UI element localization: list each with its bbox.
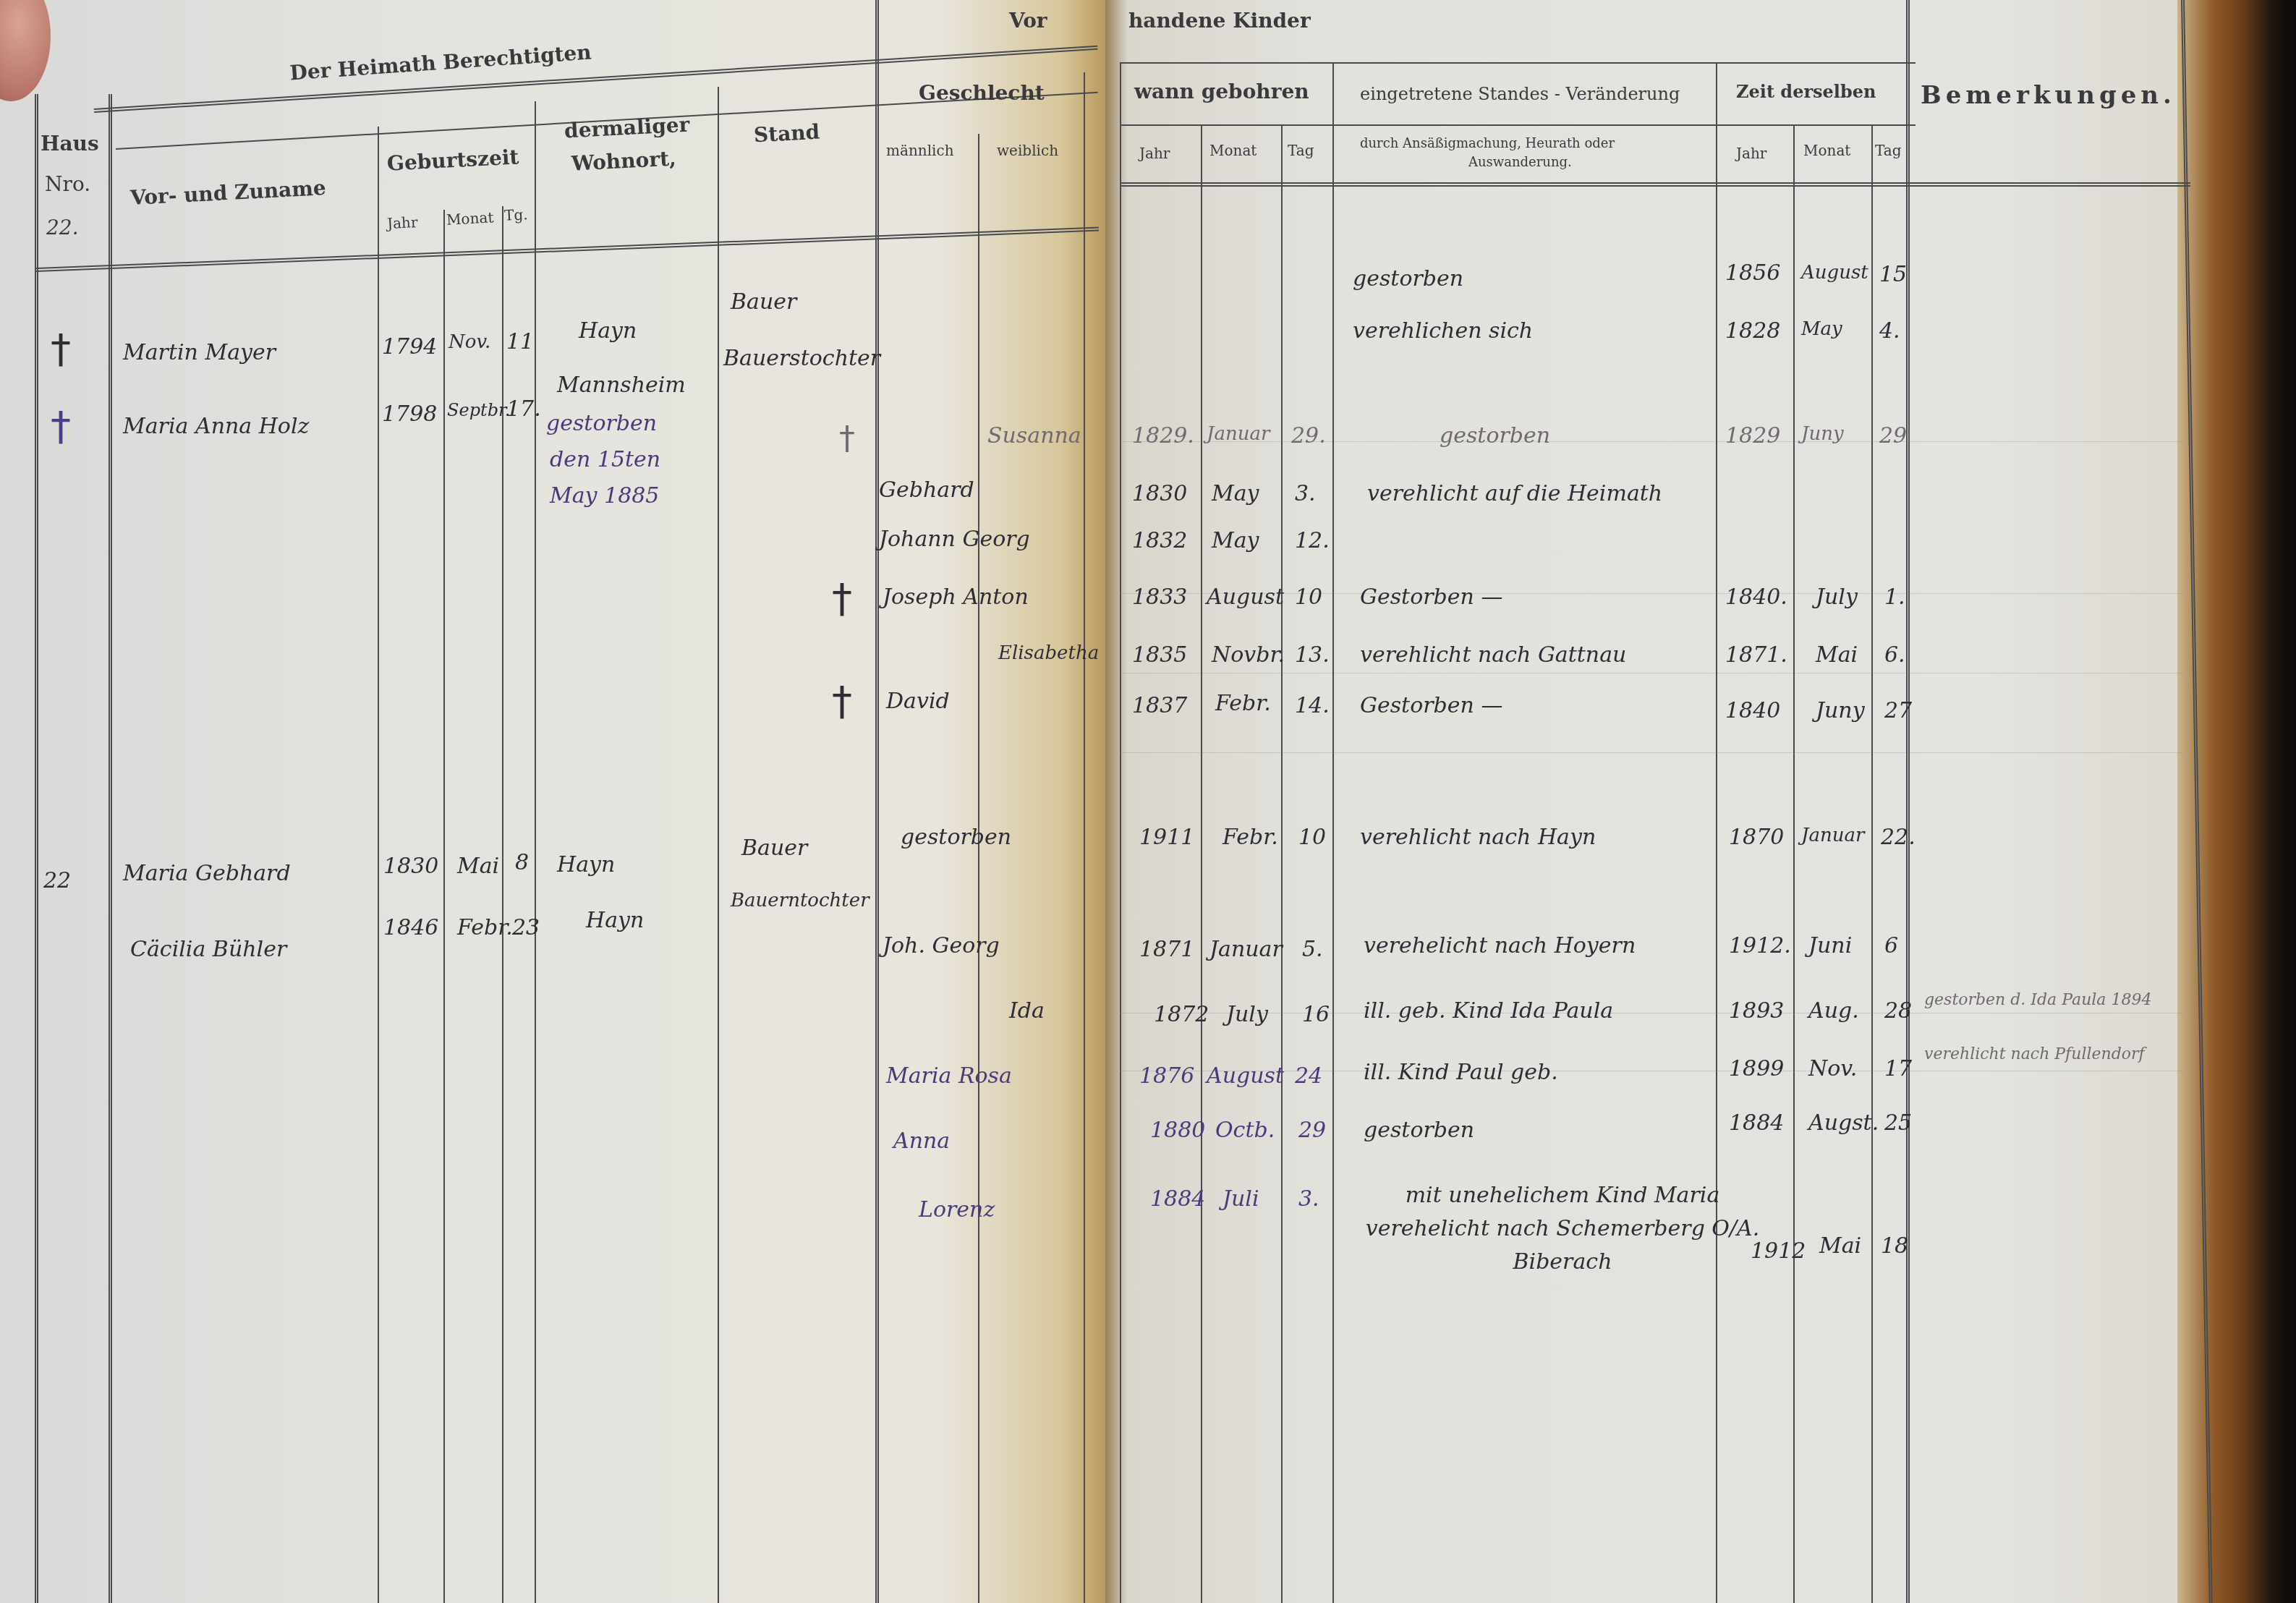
- child-birth-day: 29.: [1291, 423, 1326, 448]
- child-birth-year: 1833: [1132, 584, 1187, 610]
- col-haus-divider: [109, 94, 112, 1603]
- parent-birth-year: 1798: [382, 401, 437, 427]
- subheader-divider-right: [1120, 124, 1916, 126]
- child-birth-month: Febr.: [1223, 825, 1278, 850]
- child-birth-month: Juli: [1223, 1186, 1259, 1212]
- parent-name: Maria Anna Holz: [123, 414, 309, 439]
- parent-birth-year: 1794: [382, 334, 437, 360]
- child-birth-day: 3.: [1298, 1186, 1319, 1212]
- parent-birth-day: 23: [512, 915, 540, 940]
- geburtszeit-monat: Monat: [446, 208, 494, 228]
- parent-status-text: verehlichen sich: [1353, 318, 1533, 344]
- col-tag-divider: [535, 101, 536, 1603]
- child-status-month: Januar: [1801, 825, 1864, 846]
- parent-birth-month: Mai: [457, 854, 499, 879]
- child-birth-day: 29: [1298, 1118, 1326, 1143]
- zeit-monat-label: Monat: [1803, 142, 1850, 159]
- spanning-title-part1: Vor: [1009, 9, 1047, 33]
- child-name-maennlich: gestorben: [901, 825, 1011, 850]
- parent-birth-day: 17.: [506, 396, 541, 422]
- right-border-left: [1120, 62, 1121, 1603]
- child-status-day: 25: [1884, 1110, 1912, 1136]
- child-birth-month: August: [1207, 584, 1284, 610]
- parent-status-year: 1856: [1725, 260, 1780, 286]
- child-name-maennlich: David: [886, 689, 950, 714]
- geschlecht-weiblich: weiblich: [997, 142, 1058, 159]
- parent-birth-day: 11: [506, 329, 534, 354]
- child-status-year: 1912: [1751, 1238, 1806, 1264]
- child-birth-year: 1835: [1132, 642, 1187, 668]
- child-status-year: 1829: [1725, 423, 1780, 448]
- child-birth-month: July: [1226, 1002, 1268, 1027]
- deceased-cross-icon: †: [832, 681, 852, 722]
- haus-label: Haus: [41, 132, 99, 156]
- col-jahr-divider: [443, 210, 445, 1603]
- child-status-month: July: [1816, 584, 1858, 610]
- parent-birth-month: Nov.: [448, 331, 490, 353]
- spanning-title-part2: handene Kinder: [1128, 9, 1311, 33]
- header-bottom-right: [1120, 182, 2190, 187]
- child-status: Gestorben —: [1360, 584, 1502, 610]
- child-status: verehlicht nach Hayn: [1360, 825, 1596, 850]
- child-status-month: Augst.: [1808, 1110, 1879, 1136]
- child-remark: gestorben d. Ida Paula 1894: [1924, 991, 2151, 1009]
- deceased-cross-icon: †: [839, 423, 855, 455]
- parent-stand: Bauer: [731, 289, 796, 315]
- child-status-month: Juni: [1808, 933, 1852, 958]
- child-remark: verehlicht nach Pfullendorf: [1924, 1045, 2145, 1063]
- child-birth-day: 16: [1302, 1002, 1330, 1027]
- child-birth-month: May: [1212, 481, 1259, 506]
- child-status-year: 1871.: [1725, 642, 1787, 668]
- child-name-weiblich: Susanna: [987, 423, 1081, 448]
- child-status-day: 6.: [1884, 642, 1905, 668]
- col-weiblich-divider: [1084, 72, 1085, 1603]
- parent-birth-month: Febr.: [457, 915, 513, 940]
- zeit-jahr-label: Jahr: [1736, 145, 1766, 162]
- child-birth-year: 1872: [1154, 1002, 1209, 1027]
- child-name-maennlich: Johann Georg: [879, 527, 1030, 552]
- child-status: verehlicht nach Gattnau: [1360, 642, 1626, 668]
- parent-wohnort: Hayn: [579, 318, 637, 344]
- child-name-weiblich: Ida: [1009, 998, 1045, 1024]
- born-tag-label: Tag: [1288, 142, 1314, 159]
- geburtszeit-tag: Tg.: [503, 205, 528, 224]
- child-status-day: 6: [1884, 933, 1898, 958]
- child-birth-year: 1880: [1150, 1118, 1205, 1143]
- child-status-year: 1899: [1729, 1056, 1784, 1081]
- child-birth-year: 1884: [1150, 1186, 1205, 1212]
- col-zeit-monat-divider: [1871, 124, 1873, 1603]
- ruled-line: [1120, 752, 2183, 753]
- child-birth-year: 1871: [1139, 937, 1194, 962]
- child-birth-day: 5.: [1302, 937, 1323, 962]
- geschlecht-maennlich: männlich: [886, 142, 954, 159]
- parent-wohnort: Hayn: [586, 908, 644, 933]
- parent-birth-month: Septbr.: [447, 400, 510, 420]
- wohnort-note-line1: gestorben: [546, 411, 657, 436]
- child-name-maennlich: Joseph Anton: [883, 584, 1029, 610]
- standes-veraenderung-header: eingetretene Standes - Veränderung: [1360, 84, 1680, 104]
- child-status-year: 1870: [1729, 825, 1784, 850]
- child-status-month: Aug.: [1808, 998, 1859, 1024]
- child-status-day: 28: [1884, 998, 1912, 1024]
- child-birth-month: May: [1212, 528, 1259, 553]
- child-name-maennlich: Anna: [893, 1128, 950, 1154]
- col-wohnort-divider: [718, 87, 719, 1603]
- child-birth-month: August: [1207, 1063, 1284, 1089]
- wohnort-note-line3: May 1885: [550, 483, 659, 509]
- child-status-day: 27: [1884, 698, 1912, 723]
- deceased-cross-icon: †: [832, 579, 852, 619]
- ruled-line: [1120, 673, 2183, 673]
- parent-status-text: gestorben: [1353, 266, 1463, 292]
- haus-number-printed: 22.: [46, 216, 79, 239]
- geburtszeit-jahr: Jahr: [386, 213, 418, 232]
- parent-stand: Bauerntochter: [731, 890, 869, 911]
- parent-name: Cäcilia Bühler: [130, 937, 286, 962]
- child-status-month: Juny: [1816, 698, 1865, 723]
- child-status-year: 1840.: [1725, 584, 1787, 610]
- stand-header: Stand: [753, 120, 820, 148]
- child-status-month: Nov.: [1808, 1056, 1857, 1081]
- child-birth-month: Octb.: [1215, 1118, 1275, 1143]
- deceased-cross-icon: †: [51, 407, 71, 447]
- parent-birth-day: 8: [515, 850, 529, 875]
- child-status: gestorben: [1440, 423, 1550, 448]
- wann-gebohren-header: wann gebohren: [1134, 80, 1309, 103]
- child-birth-day: 13.: [1295, 642, 1330, 668]
- child-name-maennlich: Maria Rosa: [886, 1063, 1012, 1089]
- child-status-day: 17: [1884, 1056, 1912, 1081]
- col-zeit-tag-divider: [1906, 0, 1910, 1603]
- ruled-line: [1120, 1013, 2183, 1013]
- child-status: mit unehelichem Kind Maria verehelicht n…: [1360, 1179, 1765, 1279]
- parent-status-month: May: [1801, 318, 1842, 340]
- child-birth-month: Januar: [1209, 937, 1283, 962]
- child-status: ill. Kind Paul geb.: [1364, 1060, 1558, 1085]
- child-status-day: 18: [1881, 1233, 1908, 1259]
- child-birth-month: Febr.: [1215, 691, 1271, 716]
- child-status: gestorben: [1364, 1118, 1474, 1143]
- parent-wohnort: Mannsheim: [557, 373, 686, 398]
- col-veraenderung-divider: [1716, 62, 1717, 1603]
- child-status-year: 1840: [1725, 698, 1780, 723]
- haus-number: 22: [43, 868, 71, 893]
- child-status-day: 29: [1879, 423, 1907, 448]
- parent-birth-year: 1830: [383, 854, 438, 879]
- child-status: Gestorben —: [1360, 693, 1502, 718]
- nro-label: Nro.: [45, 172, 90, 196]
- parent-name: Maria Gebhard: [123, 861, 291, 886]
- parent-name: Martin Mayer: [123, 340, 276, 365]
- deceased-cross-icon: †: [51, 329, 71, 370]
- child-status-day: 1.: [1884, 584, 1905, 610]
- zeit-derselben-header: Zeit derselben: [1736, 81, 1876, 102]
- child-status: verehlicht auf die Heimath: [1367, 481, 1662, 506]
- parent-stand: Bauerstochter: [723, 346, 880, 371]
- child-name-maennlich: Lorenz: [919, 1197, 995, 1223]
- child-birth-day: 10: [1298, 825, 1326, 850]
- col-born-jahr-divider: [1201, 124, 1202, 1603]
- child-status-year: 1884: [1729, 1110, 1784, 1136]
- child-name-maennlich: Joh. Georg: [883, 933, 1000, 958]
- parent-wohnort: Hayn: [557, 852, 615, 877]
- child-status: verehelicht nach Hoyern: [1364, 933, 1636, 958]
- born-monat-label: Monat: [1209, 142, 1257, 159]
- child-birth-day: 24: [1295, 1063, 1322, 1089]
- parent-status-day: 4.: [1879, 318, 1900, 344]
- child-name-weiblich: Elisabetha: [998, 642, 1099, 664]
- bemerkungen-header: Bemerkungen.: [1921, 81, 2176, 110]
- child-status: ill. geb. Kind Ida Paula: [1364, 998, 1613, 1024]
- child-status-day: 22.: [1881, 825, 1916, 850]
- standes-veraenderung-sub2: Auswanderung.: [1468, 155, 1572, 170]
- child-status-year: 1893: [1729, 998, 1784, 1024]
- child-birth-day: 14.: [1295, 693, 1330, 718]
- right-page: [1105, 0, 2205, 1603]
- parent-status-year: 1828: [1725, 318, 1780, 344]
- zeit-tag-label: Tag: [1875, 142, 1902, 159]
- wohnort-note-line2: den 15ten: [550, 447, 660, 472]
- col-stand-divider: [875, 0, 879, 1603]
- child-birth-year: 1876: [1139, 1063, 1194, 1089]
- geschlecht-header: Geschlecht: [919, 81, 1045, 105]
- parent-birth-year: 1846: [383, 915, 438, 940]
- child-status-month: Mai: [1819, 1233, 1861, 1259]
- header-divider-right: [1120, 62, 1916, 64]
- child-birth-day: 3.: [1295, 481, 1316, 506]
- parent-status-day: 15: [1879, 262, 1907, 287]
- child-status-month: Mai: [1816, 642, 1858, 668]
- child-birth-year: 1837: [1132, 693, 1187, 718]
- col-maennlich-divider: [978, 134, 979, 1603]
- col-born-tag-divider: [1332, 62, 1334, 1603]
- left-border: [35, 94, 38, 1603]
- child-status-year: 1912.: [1729, 933, 1791, 958]
- child-birth-month: Januar: [1207, 423, 1270, 445]
- child-status-month: Juny: [1801, 423, 1844, 445]
- standes-veraenderung-sub1: durch Ansäßigmachung, Heurath oder: [1360, 136, 1615, 151]
- col-zeit-jahr-divider: [1793, 124, 1795, 1603]
- col-born-monat-divider: [1281, 124, 1283, 1603]
- child-birth-year: 1830: [1132, 481, 1187, 506]
- born-jahr-label: Jahr: [1139, 145, 1170, 162]
- ruled-line: [1120, 441, 2183, 442]
- parent-stand: Bauer: [741, 835, 807, 861]
- parent-status-month: August: [1801, 262, 1868, 284]
- col-name-divider: [378, 127, 379, 1603]
- child-birth-year: 1911: [1139, 825, 1194, 850]
- child-birth-day: 10: [1295, 584, 1322, 610]
- left-page: [0, 0, 1105, 1603]
- child-birth-month: Novbr.: [1212, 642, 1285, 668]
- child-name-maennlich: Gebhard: [879, 477, 974, 503]
- child-birth-year: 1829.: [1132, 423, 1194, 448]
- child-birth-year: 1832: [1132, 528, 1187, 553]
- child-birth-day: 12.: [1295, 528, 1330, 553]
